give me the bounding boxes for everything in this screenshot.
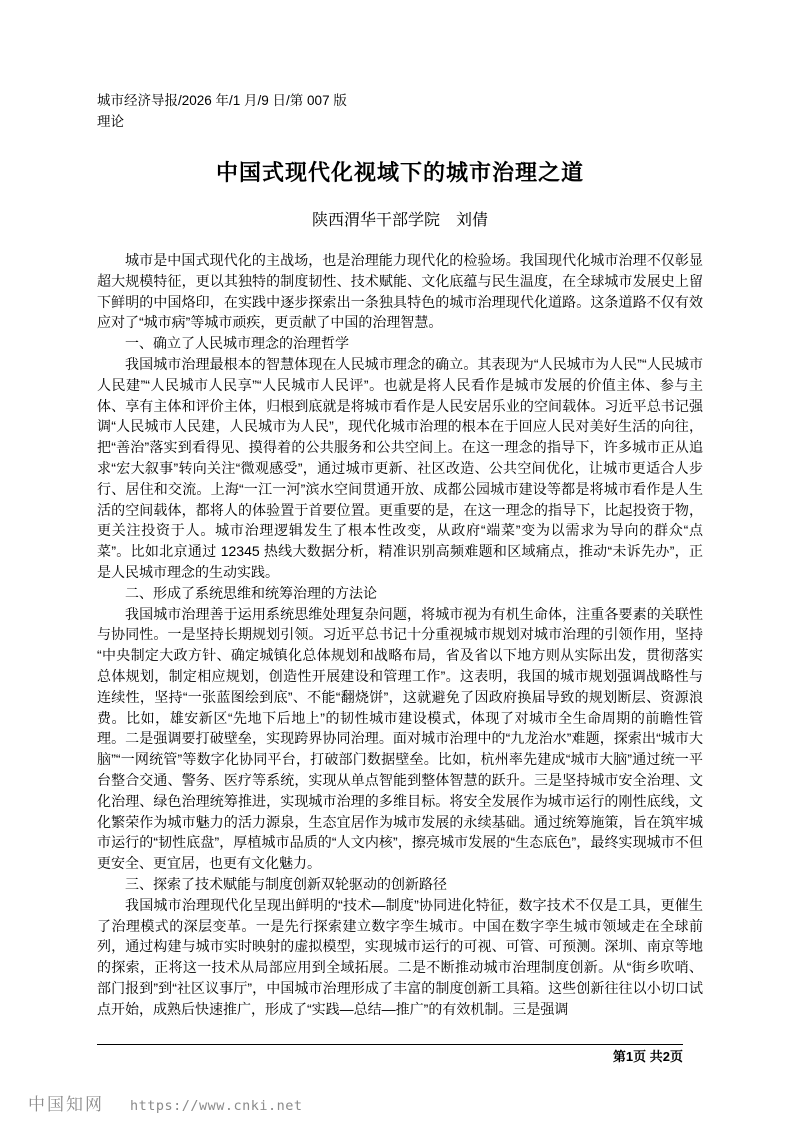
document-page: 城市经济导报/2026 年/1 月/9 日/第 007 版 理论 中国式现代化视…	[0, 0, 800, 1131]
cnki-brand-label: 中国知网	[28, 1090, 104, 1115]
publication-source: 城市经济导报/2026 年/1 月/9 日/第 007 版	[97, 90, 703, 111]
section-heading-1: 一、确立了人民城市理念的治理哲学	[97, 333, 703, 354]
page-number-indicator: 第1页 共2页	[97, 1048, 683, 1066]
paragraph-intro: 城市是中国式现代化的主战场，也是治理能力现代化的检验场。我国现代化城市治理不仅彰…	[97, 250, 703, 333]
footer-divider	[97, 1044, 683, 1045]
paragraph-section-2: 我国城市治理善于运用系统思维处理复杂问题，将城市视为有机生命体，注重各要素的关联…	[97, 604, 703, 874]
article-title: 中国式现代化视域下的城市治理之道	[97, 158, 703, 188]
paragraph-section-3: 我国城市治理现代化呈现出鲜明的“技术—制度”协同进化特征，数字技术不仅是工具，更…	[97, 895, 703, 1020]
document-header: 城市经济导报/2026 年/1 月/9 日/第 007 版 理论	[97, 90, 703, 132]
section-heading-2: 二、形成了系统思维和统筹治理的方法论	[97, 583, 703, 604]
article-body: 城市是中国式现代化的主战场，也是治理能力现代化的检验场。我国现代化城市治理不仅彰…	[97, 250, 703, 1019]
cnki-url-text: https://www.cnki.net	[130, 1098, 303, 1114]
page-content: 城市经济导报/2026 年/1 月/9 日/第 007 版 理论 中国式现代化视…	[97, 0, 703, 1019]
paragraph-section-1: 我国城市治理最根本的智慧体现在人民城市理念的确立。其表现为“人民城市为人民”“人…	[97, 354, 703, 583]
cnki-watermark: 中国知网 https://www.cnki.net	[28, 1090, 303, 1115]
publication-section: 理论	[97, 111, 703, 132]
section-heading-3: 三、探索了技术赋能与制度创新双轮驱动的创新路径	[97, 874, 703, 895]
article-byline: 陕西渭华干部学院 刘倩	[97, 210, 703, 232]
